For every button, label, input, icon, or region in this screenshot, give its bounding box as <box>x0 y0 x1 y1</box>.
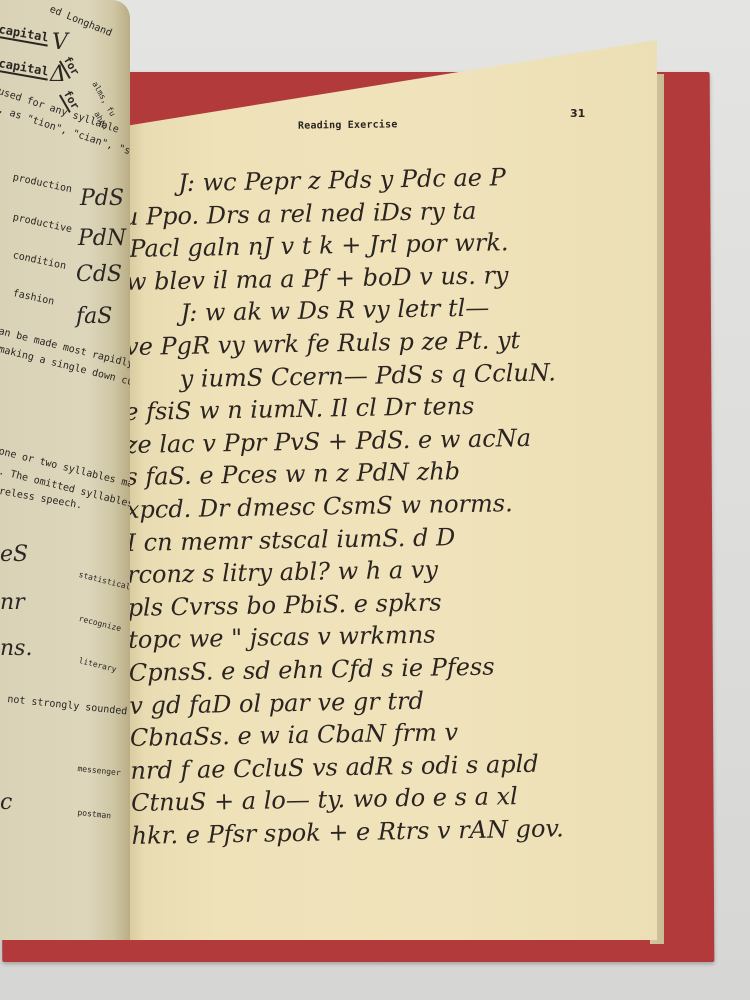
left-page-text-fragment: productive <box>12 212 73 235</box>
left-page-text-fragment: fashion <box>12 288 56 308</box>
left-page-shorthand-glyph: eS <box>0 542 28 567</box>
left-page-text-fragment: recognize <box>78 614 122 633</box>
left-page-text-fragment: condition <box>12 250 67 272</box>
left-page-shorthand-glyph: CdS <box>76 262 122 287</box>
left-page-content: ed Longhandcapitalcapitalforforalms, fua… <box>0 0 130 940</box>
left-page-shorthand-glyph: nr <box>0 590 25 615</box>
left-page-shorthand-glyph: faS <box>76 304 112 329</box>
left-page-text-fragment: capital <box>0 56 50 81</box>
left-page-text-fragment: literary <box>78 656 118 674</box>
page-number: 31 <box>570 107 585 120</box>
photo-scene: Reading Exercise 31 J: wc Pepr z Pds y P… <box>0 0 750 1000</box>
right-page: Reading Exercise 31 J: wc Pepr z Pds y P… <box>112 40 657 940</box>
left-page-shorthand-glyph: PdS <box>80 186 124 211</box>
left-page-shorthand-glyph: Δ <box>50 62 66 87</box>
left-page-text-fragment: not strongly sounded <box>7 694 128 718</box>
left-page-text-fragment: capital <box>0 22 50 47</box>
left-page-shorthand-glyph: V <box>52 30 68 55</box>
shorthand-text-block: J: wc Pepr z Pds y Pdc ae P u Ppo. Drs a… <box>120 159 652 852</box>
left-page-text-fragment: statistical <box>78 570 130 592</box>
left-page-text-fragment: messenger <box>77 764 121 777</box>
left-page-text-fragment: postman <box>77 808 111 820</box>
left-page-shorthand-glyph: c <box>0 790 12 815</box>
page-header-title: Reading Exercise <box>298 119 398 131</box>
left-page-curled: ed Longhandcapitalcapitalforforalms, fua… <box>0 0 130 940</box>
left-page-shorthand-glyph: ns. <box>0 636 32 661</box>
left-page-text-fragment: production <box>12 172 73 195</box>
left-page-shorthand-glyph: PdN <box>78 226 126 251</box>
